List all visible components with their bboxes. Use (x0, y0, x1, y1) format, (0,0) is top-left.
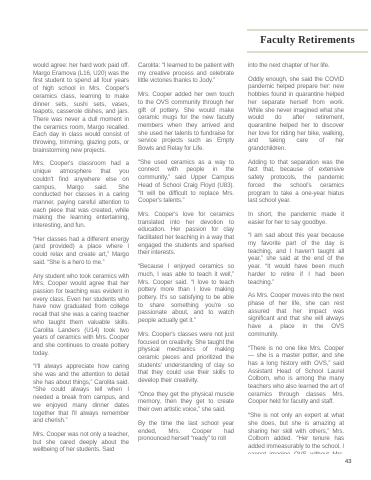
paragraph: “Because I enjoyed ceramics so much, I w… (138, 263, 234, 325)
paragraph: Mrs. Cooper's classroom had a unique atm… (33, 160, 129, 229)
paragraph: “Her classes had a different energy (and… (33, 236, 129, 267)
magazine-page: Faculty Retirements would agree: her har… (0, 0, 371, 480)
paragraph: into the next chapter of her life. (248, 62, 344, 70)
text-column-2: Carolita: “I learned to be patient with … (138, 62, 234, 454)
text-column-1: would agree: her hard work paid off. Mar… (33, 62, 129, 454)
paragraph: Mrs. Cooper added her own touch to the O… (138, 91, 234, 153)
paragraph: “There is no one like Mrs. Cooper — she … (248, 345, 344, 407)
paragraph: “She used ceramics as a way to connect w… (138, 159, 234, 205)
paragraph: “Once they get the physical muscle memor… (138, 391, 234, 414)
paragraph: Carolita: “I learned to be patient with … (138, 62, 234, 85)
paragraph: Mrs. Cooper's classes were not just focu… (138, 331, 234, 385)
paragraph: Any student who took ceramics with Mrs. … (33, 273, 129, 358)
paragraph: In short, the pandemic made it easier fo… (248, 211, 344, 226)
paragraph: “I'll always appreciate how caring she w… (33, 363, 129, 425)
paragraph: By the time the last school year ended, … (138, 420, 234, 443)
page-title: Faculty Retirements (247, 35, 368, 46)
paragraph: As Mrs. Cooper moves into the next phase… (248, 292, 344, 338)
paragraph: Adding to that separation was the fact t… (248, 159, 344, 205)
paragraph: Mrs. Cooper was not only a teacher, but … (33, 431, 129, 454)
page-number: 43 (345, 459, 351, 465)
paragraph: “I am sad about this year because my fav… (248, 232, 344, 286)
paragraph: “She is not only an expert at what she d… (248, 412, 344, 454)
section-header: Faculty Retirements (247, 29, 368, 53)
paragraph: would agree: her hard work paid off. Mar… (33, 62, 129, 154)
paragraph: Oddly enough, she said the COVID pandemi… (248, 76, 344, 153)
paragraph: Mrs. Cooper's love for ceramics translat… (138, 211, 234, 257)
text-column-3: into the next chapter of her life. Oddly… (248, 62, 344, 454)
